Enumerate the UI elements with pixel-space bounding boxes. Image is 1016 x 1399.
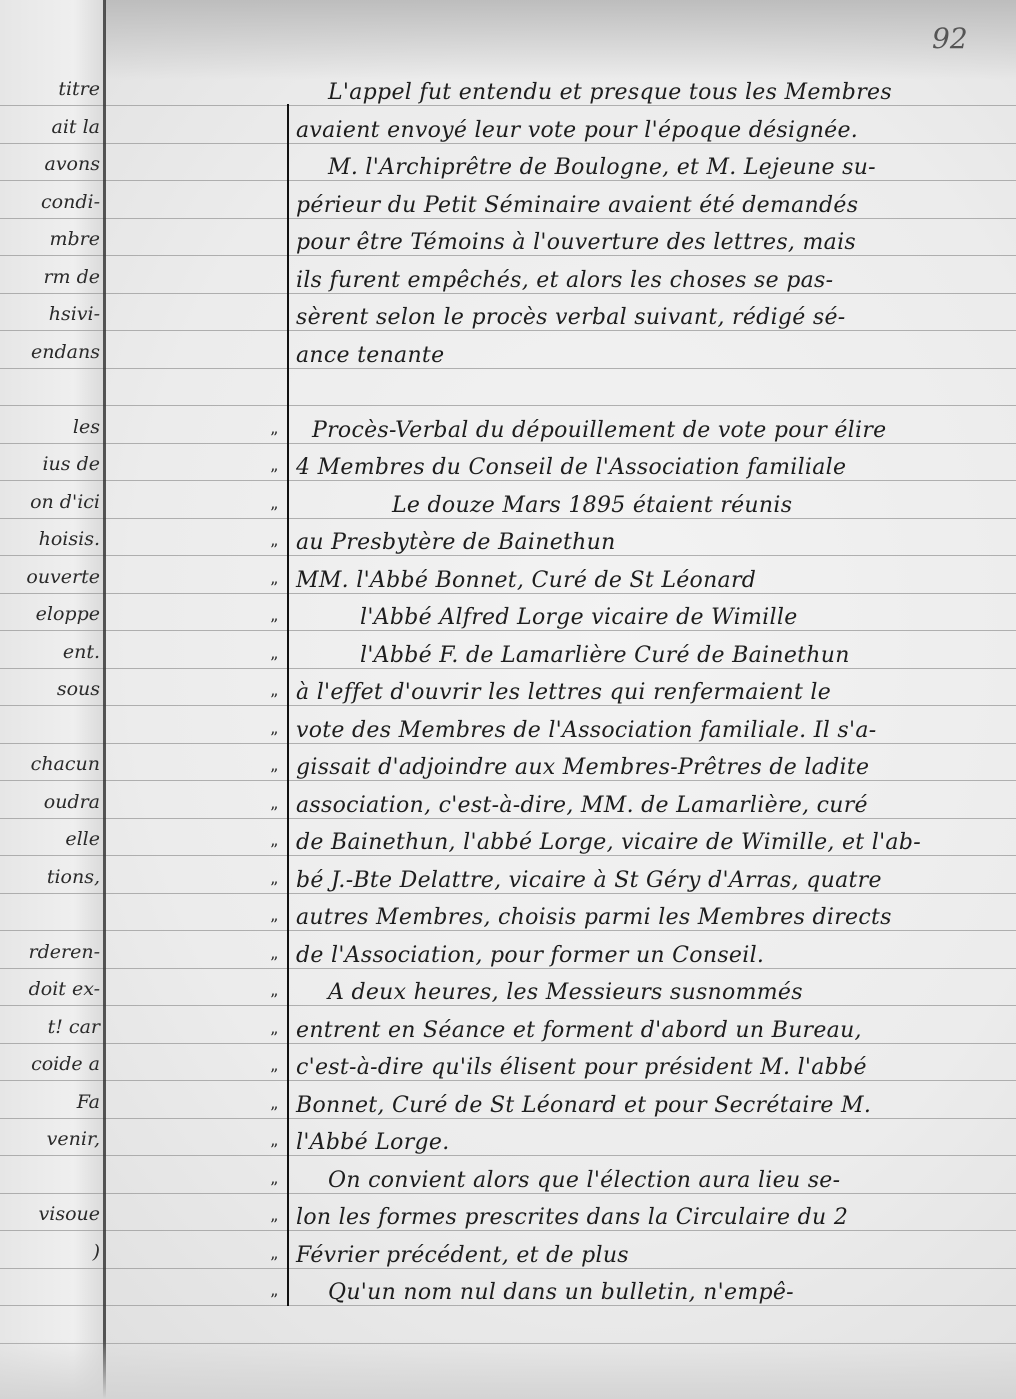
text-line: de Bainethun, l'abbé Lorge, vicaire de W…: [296, 830, 921, 855]
left-page-fragment: titre: [0, 78, 100, 100]
ruled-line: [0, 1193, 1016, 1194]
ditto-mark: ”: [270, 653, 278, 672]
ditto-mark: ”: [270, 503, 278, 522]
text-line: Février précédent, et de plus: [296, 1243, 629, 1268]
left-page-fragment: on d'ici: [0, 491, 100, 513]
text-line: l'Abbé Alfred Lorge vicaire de Wimille: [360, 605, 798, 630]
text-line: au Presbytère de Bainethun: [296, 530, 616, 555]
ditto-mark: ”: [270, 915, 278, 934]
ditto-mark: ”: [270, 540, 278, 559]
ruled-line: [0, 705, 1016, 706]
left-page-fragment: sous: [0, 678, 100, 700]
text-line: ils furent empêchés, et alors les choses…: [296, 268, 833, 293]
ditto-mark: ”: [270, 1215, 278, 1234]
left-page-fragment: hoisis.: [0, 528, 100, 550]
ruled-line: [0, 593, 1016, 594]
ditto-mark: ”: [270, 1065, 278, 1084]
text-line: L'appel fut entendu et presque tous les …: [328, 80, 892, 105]
ruled-line: [0, 1118, 1016, 1119]
ruled-line: [0, 518, 1016, 519]
left-page-fragment: chacun: [0, 753, 100, 775]
ruled-line: [0, 930, 1016, 931]
left-page-fragment: ius de: [0, 453, 100, 475]
ditto-mark: ”: [270, 765, 278, 784]
left-page-fragment: venir,: [0, 1128, 100, 1150]
ruled-line: [0, 555, 1016, 556]
text-line: Qu'un nom nul dans un bulletin, n'empê-: [328, 1280, 794, 1305]
ruled-line: [0, 218, 1016, 219]
ruled-line: [0, 630, 1016, 631]
ditto-mark: ”: [270, 1103, 278, 1122]
ruled-line: [0, 443, 1016, 444]
left-page-fragment: coide a: [0, 1053, 100, 1075]
margin-line: [287, 104, 289, 1306]
text-line: sèrent selon le procès verbal suivant, r…: [296, 305, 846, 330]
text-line: périeur du Petit Séminaire avaient été d…: [296, 193, 858, 218]
ditto-mark: ”: [270, 1140, 278, 1159]
ditto-mark: ”: [270, 1178, 278, 1197]
ditto-mark: ”: [270, 615, 278, 634]
left-page-fragment: ent.: [0, 641, 100, 663]
text-line: Le douze Mars 1895 étaient réunis: [392, 493, 792, 518]
ruled-line: [0, 1005, 1016, 1006]
ditto-mark: ”: [270, 1253, 278, 1272]
ruled-line: [0, 180, 1016, 181]
left-page-fragment: elle: [0, 828, 100, 850]
ditto-mark: ”: [270, 728, 278, 747]
left-page-fragment: t! car: [0, 1016, 100, 1038]
left-page-fragment: les: [0, 416, 100, 438]
ruled-line: [0, 668, 1016, 669]
bottom-shadow: [0, 1339, 1016, 1399]
ruled-line: [0, 480, 1016, 481]
text-line: 4 Membres du Conseil de l'Association fa…: [296, 455, 846, 480]
ditto-mark: ”: [270, 803, 278, 822]
ditto-mark: ”: [270, 953, 278, 972]
ditto-mark: ”: [270, 840, 278, 859]
text-line: lon les formes prescrites dans la Circul…: [296, 1205, 848, 1230]
ruled-line: [0, 1268, 1016, 1269]
ruled-line: [0, 405, 1016, 406]
ruled-line: [0, 255, 1016, 256]
ruled-line: [0, 968, 1016, 969]
text-line: avaient envoyé leur vote pour l'époque d…: [296, 118, 858, 143]
left-page-fragment: eloppe: [0, 603, 100, 625]
ditto-mark: ”: [270, 428, 278, 447]
ditto-mark: ”: [270, 878, 278, 897]
top-shadow: [0, 0, 1016, 80]
ruled-line: [0, 1305, 1016, 1306]
ditto-mark: ”: [270, 990, 278, 1009]
ruled-line: [0, 1230, 1016, 1231]
left-page-fragment: ): [0, 1241, 100, 1263]
left-page-fragment: oudra: [0, 791, 100, 813]
text-line: vote des Membres de l'Association famili…: [296, 718, 876, 743]
left-page-fragment: tions,: [0, 866, 100, 888]
ditto-mark: ”: [270, 578, 278, 597]
text-line: de l'Association, pour former un Conseil…: [296, 943, 764, 968]
page-number: 92: [932, 22, 968, 55]
ruled-line: [0, 1080, 1016, 1081]
text-line: bé J.-Bte Delattre, vicaire à St Géry d'…: [296, 868, 882, 893]
text-line: gissait d'adjoindre aux Membres-Prêtres …: [296, 755, 869, 780]
text-line: Bonnet, Curé de St Léonard et pour Secré…: [296, 1093, 871, 1118]
text-line: association, c'est-à-dire, MM. de Lamarl…: [296, 793, 868, 818]
text-line: Procès-Verbal du dépouillement de vote p…: [312, 418, 886, 443]
text-line: autres Membres, choisis parmi les Membre…: [296, 905, 892, 930]
left-page-fragment: visoue: [0, 1203, 100, 1225]
ruled-line: [0, 1043, 1016, 1044]
text-line: entrent en Séance et forment d'abord un …: [296, 1018, 862, 1043]
text-line: l'Abbé Lorge.: [296, 1130, 450, 1155]
left-page-fragment: condi-: [0, 191, 100, 213]
text-line: pour être Témoins à l'ouverture des lett…: [296, 230, 856, 255]
left-page-fragment: rm de: [0, 266, 100, 288]
ditto-mark: ”: [270, 690, 278, 709]
text-line: à l'effet d'ouvrir les lettres qui renfe…: [296, 680, 831, 705]
ruled-line: [0, 780, 1016, 781]
text-line: ance tenante: [296, 343, 444, 368]
ruled-line: [0, 368, 1016, 369]
ruled-line: [0, 1155, 1016, 1156]
ruled-line: [0, 818, 1016, 819]
text-line: M. l'Archiprêtre de Boulogne, et M. Leje…: [328, 155, 876, 180]
left-page-fragment: endans: [0, 341, 100, 363]
ruled-line: [0, 293, 1016, 294]
text-line: c'est-à-dire qu'ils élisent pour préside…: [296, 1055, 867, 1080]
ruled-line: [0, 893, 1016, 894]
left-page-fragment: rderen-: [0, 941, 100, 963]
text-line: A deux heures, les Messieurs susnommés: [328, 980, 803, 1005]
ruled-line: [0, 143, 1016, 144]
ruled-line: [0, 105, 1016, 106]
left-page-fragment: mbre: [0, 228, 100, 250]
page-crease: [103, 0, 106, 1399]
ruled-line: [0, 330, 1016, 331]
text-line: On convient alors que l'élection aura li…: [328, 1168, 840, 1193]
ditto-mark: ”: [270, 465, 278, 484]
ruled-line: [0, 855, 1016, 856]
left-page-fragment: avons: [0, 153, 100, 175]
left-page-fragment: ait la: [0, 116, 100, 138]
left-page-fragment: hsivi-: [0, 303, 100, 325]
left-page-fragment: doit ex-: [0, 978, 100, 1000]
left-page-fragment: Fa: [0, 1091, 100, 1113]
text-line: MM. l'Abbé Bonnet, Curé de St Léonard: [296, 568, 756, 593]
ditto-mark: ”: [270, 1290, 278, 1309]
ditto-mark: ”: [270, 1028, 278, 1047]
ruled-line: [0, 743, 1016, 744]
left-page-fragment: ouverte: [0, 566, 100, 588]
text-line: l'Abbé F. de Lamarlière Curé de Bainethu…: [360, 643, 850, 668]
ledger-page: 92 titreait laavonscondi-mbrerm dehsivi-…: [0, 0, 1016, 1399]
